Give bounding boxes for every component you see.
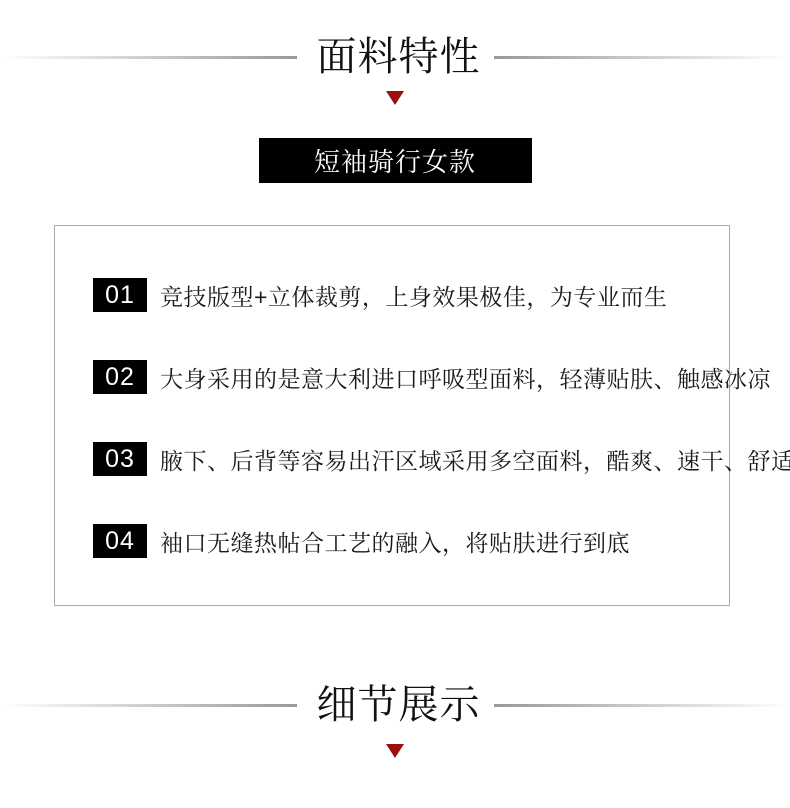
title-divider-line [494,56,790,59]
feature-text: 竞技版型+立体裁剪，上身效果极佳，为专业而生 [160,279,667,312]
down-triangle-icon [386,744,404,758]
fabric-section-title: 面料特性 [317,36,481,78]
product-style-label: 短袖骑行女款 [259,138,532,183]
details-section-title: 细节展示 [317,684,481,726]
title-divider-line [0,56,297,59]
title-divider-line [0,704,297,707]
product-style-label-text: 短袖骑行女款 [314,142,476,179]
details-section-header: 细节展示 [0,606,790,726]
feature-row: 03 腋下、后背等容易出汗区域采用多空面料，酷爽、速干、舒适 [93,442,729,476]
feature-text: 腋下、后背等容易出汗区域采用多空面料，酷爽、速干、舒适 [160,443,790,476]
feature-row: 04 袖口无缝热帖合工艺的融入，将贴肤进行到底 [93,524,729,558]
down-triangle-icon [386,91,404,105]
product-detail-page: 面料特性 短袖骑行女款 01 竞技版型+立体裁剪，上身效果极佳，为专业而生 02… [0,0,790,808]
feature-row: 01 竞技版型+立体裁剪，上身效果极佳，为专业而生 [93,278,729,312]
fabric-section-header: 面料特性 [0,0,790,78]
feature-text: 大身采用的是意大利进口呼吸型面料，轻薄贴肤、触感冰凉 [160,361,771,394]
feature-row: 02 大身采用的是意大利进口呼吸型面料，轻薄贴肤、触感冰凉 [93,360,729,394]
feature-text: 袖口无缝热帖合工艺的融入，将贴肤进行到底 [160,525,630,558]
feature-list-box: 01 竞技版型+立体裁剪，上身效果极佳，为专业而生 02 大身采用的是意大利进口… [54,225,730,606]
feature-number-badge: 01 [93,278,147,312]
feature-number-badge: 04 [93,524,147,558]
feature-number-badge: 03 [93,442,147,476]
feature-number-badge: 02 [93,360,147,394]
title-divider-line [494,704,790,707]
